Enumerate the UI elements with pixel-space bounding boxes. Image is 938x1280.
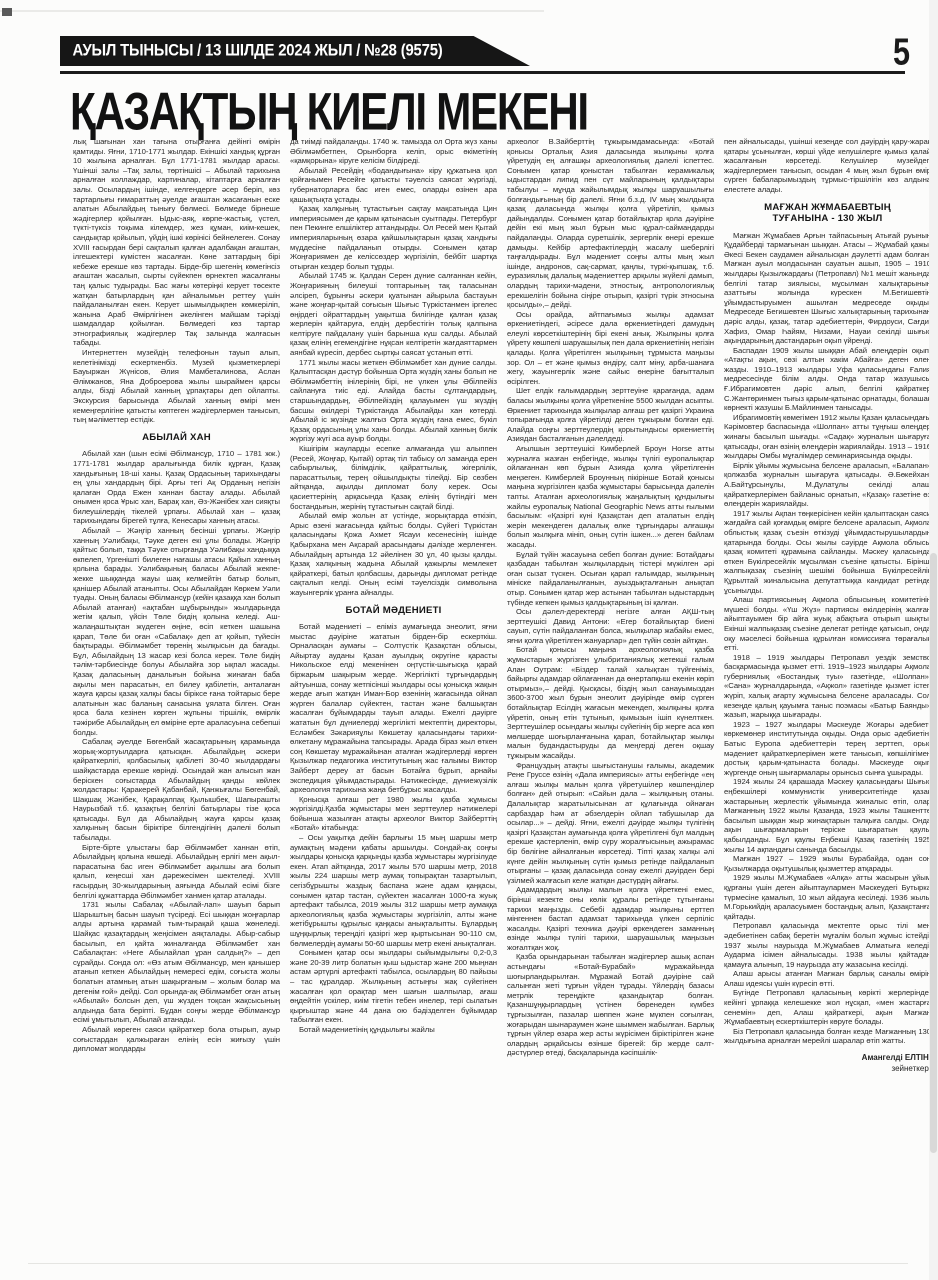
scrollbar-thumb[interactable] bbox=[930, 553, 937, 1153]
paragraph: Ботай қонысы маңына археологиялық қазба … bbox=[507, 645, 714, 760]
page-number: 5 bbox=[893, 30, 910, 74]
section-heading: МАҒЖАН ЖҰМАБАЕВТЫҢ ТУҒАНЫНА - 130 ЖЫЛ bbox=[724, 202, 931, 225]
paragraph: Осы дәлел-деректерді негізге алған АҚШ-т… bbox=[507, 607, 714, 645]
paragraph: Абылай Ресейдің «бодандығына» кіру құжат… bbox=[290, 166, 497, 204]
masthead-banner: АУЫЛ ТЫНЫСЫ / 13 ШІЛДЕ 2024 ЖЫЛ / №28 (9… bbox=[60, 36, 530, 66]
paragraph: Мағжан Жұмабаев Арғын тайпасының Атығай … bbox=[724, 231, 931, 346]
paragraph: пен айналысады, үшінші кезеңде сол дәуір… bbox=[724, 137, 931, 195]
byline-role: зейнеткер. bbox=[724, 1064, 931, 1075]
paragraph: Ағылшын зерттеушісі Кимберлей Броун Hors… bbox=[507, 444, 714, 550]
paragraph: Бұлай түйін жасауына себеп болған дүние:… bbox=[507, 550, 714, 608]
paragraph: Ботай мәдениеті – еліміз аумағында энеол… bbox=[290, 622, 497, 795]
paragraph: Мағжан 1927 – 1929 жылы Бурабайда, одан … bbox=[724, 854, 931, 873]
paragraph: Интернеттен музейдің телефонын тауып алы… bbox=[73, 348, 280, 425]
paragraph: Абылай – Жәңгір ханның бесінші ұрпағы. Ж… bbox=[73, 526, 280, 737]
column-2: да тиімді пайдаланды. 1740 ж. тамызда ол… bbox=[290, 137, 497, 1247]
section-heading: БОТАЙ МӘДЕНИЕТІ bbox=[290, 605, 497, 617]
paragraph: 1924 жылы 24 қарашада Мәскеу қаласындағы… bbox=[724, 777, 931, 854]
paragraph: Кішігірім жауларды есепке алмағанда үш а… bbox=[290, 444, 497, 511]
paragraph: Бүгінде Петропавл қаласының көрікті жерл… bbox=[724, 988, 931, 1026]
scan-corner-mark bbox=[2, 8, 12, 16]
paragraph: Біз Петропавл қаласында болған кезде Мағ… bbox=[724, 1027, 931, 1046]
byline-name: Амангелді ЕЛТІН, bbox=[724, 1053, 931, 1064]
paragraph: Абылай өмір жолын ат үстінде, жорықтарда… bbox=[290, 511, 497, 597]
scan-edge-line bbox=[0, 10, 544, 12]
paragraph: Сабалақ әуелде Бөгенбай жасақтарының қар… bbox=[73, 737, 280, 843]
paragraph: Абылай хан (шын есімі Әбілмансұр, 1710 –… bbox=[73, 449, 280, 526]
paragraph: Қазақ халқының тұтастығын сақтау мақсаты… bbox=[290, 204, 497, 271]
column-4: пен айналысады, үшінші кезеңде сол дәуір… bbox=[724, 137, 931, 1247]
column-1: лық шағынан хан тағына отырғанға дейінгі… bbox=[73, 137, 280, 1247]
paragraph: 1918 – 1919 жылдары Петропавл уездік зем… bbox=[724, 653, 931, 720]
paragraph: – Осы уақытқа дейін барлығы 15 мың шаршы… bbox=[290, 833, 497, 948]
paragraph: 1917 жылы Ақпан төңкерісінен кейін қалып… bbox=[724, 509, 931, 595]
paragraph: да тиімді пайдаланды. 1740 ж. тамызда ол… bbox=[290, 137, 497, 166]
paragraph: Ибрагимовтің көмегімен 1912 жылы Қазан қ… bbox=[724, 413, 931, 461]
section-heading: АБЫЛАЙ ХАН bbox=[73, 432, 280, 444]
paragraph: Бірте-бірте ұлыстағы бар Әбілмәмбет ханн… bbox=[73, 843, 280, 901]
paragraph: Абылай көреген саяси қайраткер бола отыр… bbox=[73, 1025, 280, 1054]
paragraph: археолог В.Зайберттің тұжырымдамасында: … bbox=[507, 137, 714, 310]
paragraph: Сонымен қатар осы жылдары сыйымдылығы 0,… bbox=[290, 948, 497, 1025]
article-headline: ҚАЗАҚТЫҢ КИЕЛІ МЕКЕНІ bbox=[70, 80, 844, 142]
paragraph: Алаш партиясының Ақмола облысының комите… bbox=[724, 595, 931, 653]
paragraph: Алаш арысы атанған Мағжан барлық саналы … bbox=[724, 969, 931, 988]
scan-bottom-edge bbox=[28, 1263, 908, 1264]
paragraph: Қонысқа алғаш рет 1980 жылы қазба жұмысы… bbox=[290, 795, 497, 833]
scrollbar-track[interactable] bbox=[929, 0, 938, 1280]
paragraph: Петропавл қаласында мектепте орыс тілі м… bbox=[724, 921, 931, 969]
paragraph: 1731 жылы Сабалақ «Абылай-лап» шауып бар… bbox=[73, 900, 280, 1025]
paragraph: Бірлік ұйымы жұмысына белсене араласып, … bbox=[724, 461, 931, 509]
paragraph: 1923 – 1927 жылдары Мәскеуде Жоғары әдеб… bbox=[724, 720, 931, 778]
paragraph: Адамдардың жылқы малын қолға үйреткені е… bbox=[507, 885, 714, 952]
paragraph: Шет елдік ғалымдардың зерттеуіне қараған… bbox=[507, 386, 714, 444]
paragraph: Қазба орындарынан табылған жәдігерлер аш… bbox=[507, 952, 714, 1058]
article-columns: лық шағынан хан тағына отырғанға дейінгі… bbox=[73, 137, 931, 1247]
paragraph: Француздың атақты шығыстанушы ғалымы, ак… bbox=[507, 761, 714, 886]
paragraph: Осы орайда, айтпағымыз жылқы адамзат өрк… bbox=[507, 310, 714, 387]
paragraph: Абылай 1745 ж. Қалдан Серен дүние салған… bbox=[290, 271, 497, 357]
column-3: археолог В.Зайберттің тұжырымдамасында: … bbox=[507, 137, 714, 1247]
paragraph: Ботай мәдениетінің құндылығы жайлы bbox=[290, 1025, 497, 1035]
paragraph: Баспадан 1909 жылы шыққан Абай өлеңдерін… bbox=[724, 346, 931, 413]
paragraph: 1771 жылы жасы жеткен Әбілмәмбет хан дүн… bbox=[290, 358, 497, 444]
paragraph: 1929 жылы М.Жұмабаев «Алқа» атты жасырын… bbox=[724, 873, 931, 921]
paragraph: лық шағынан хан тағына отырғанға дейінгі… bbox=[73, 137, 280, 348]
newspaper-page: { "colors": { "ink": "#1b1b1b", "banner_… bbox=[0, 0, 938, 1280]
header-rule bbox=[60, 71, 905, 74]
masthead-text: АУЫЛ ТЫНЫСЫ / 13 ШІЛДЕ 2024 ЖЫЛ / №28 (9… bbox=[60, 41, 443, 60]
